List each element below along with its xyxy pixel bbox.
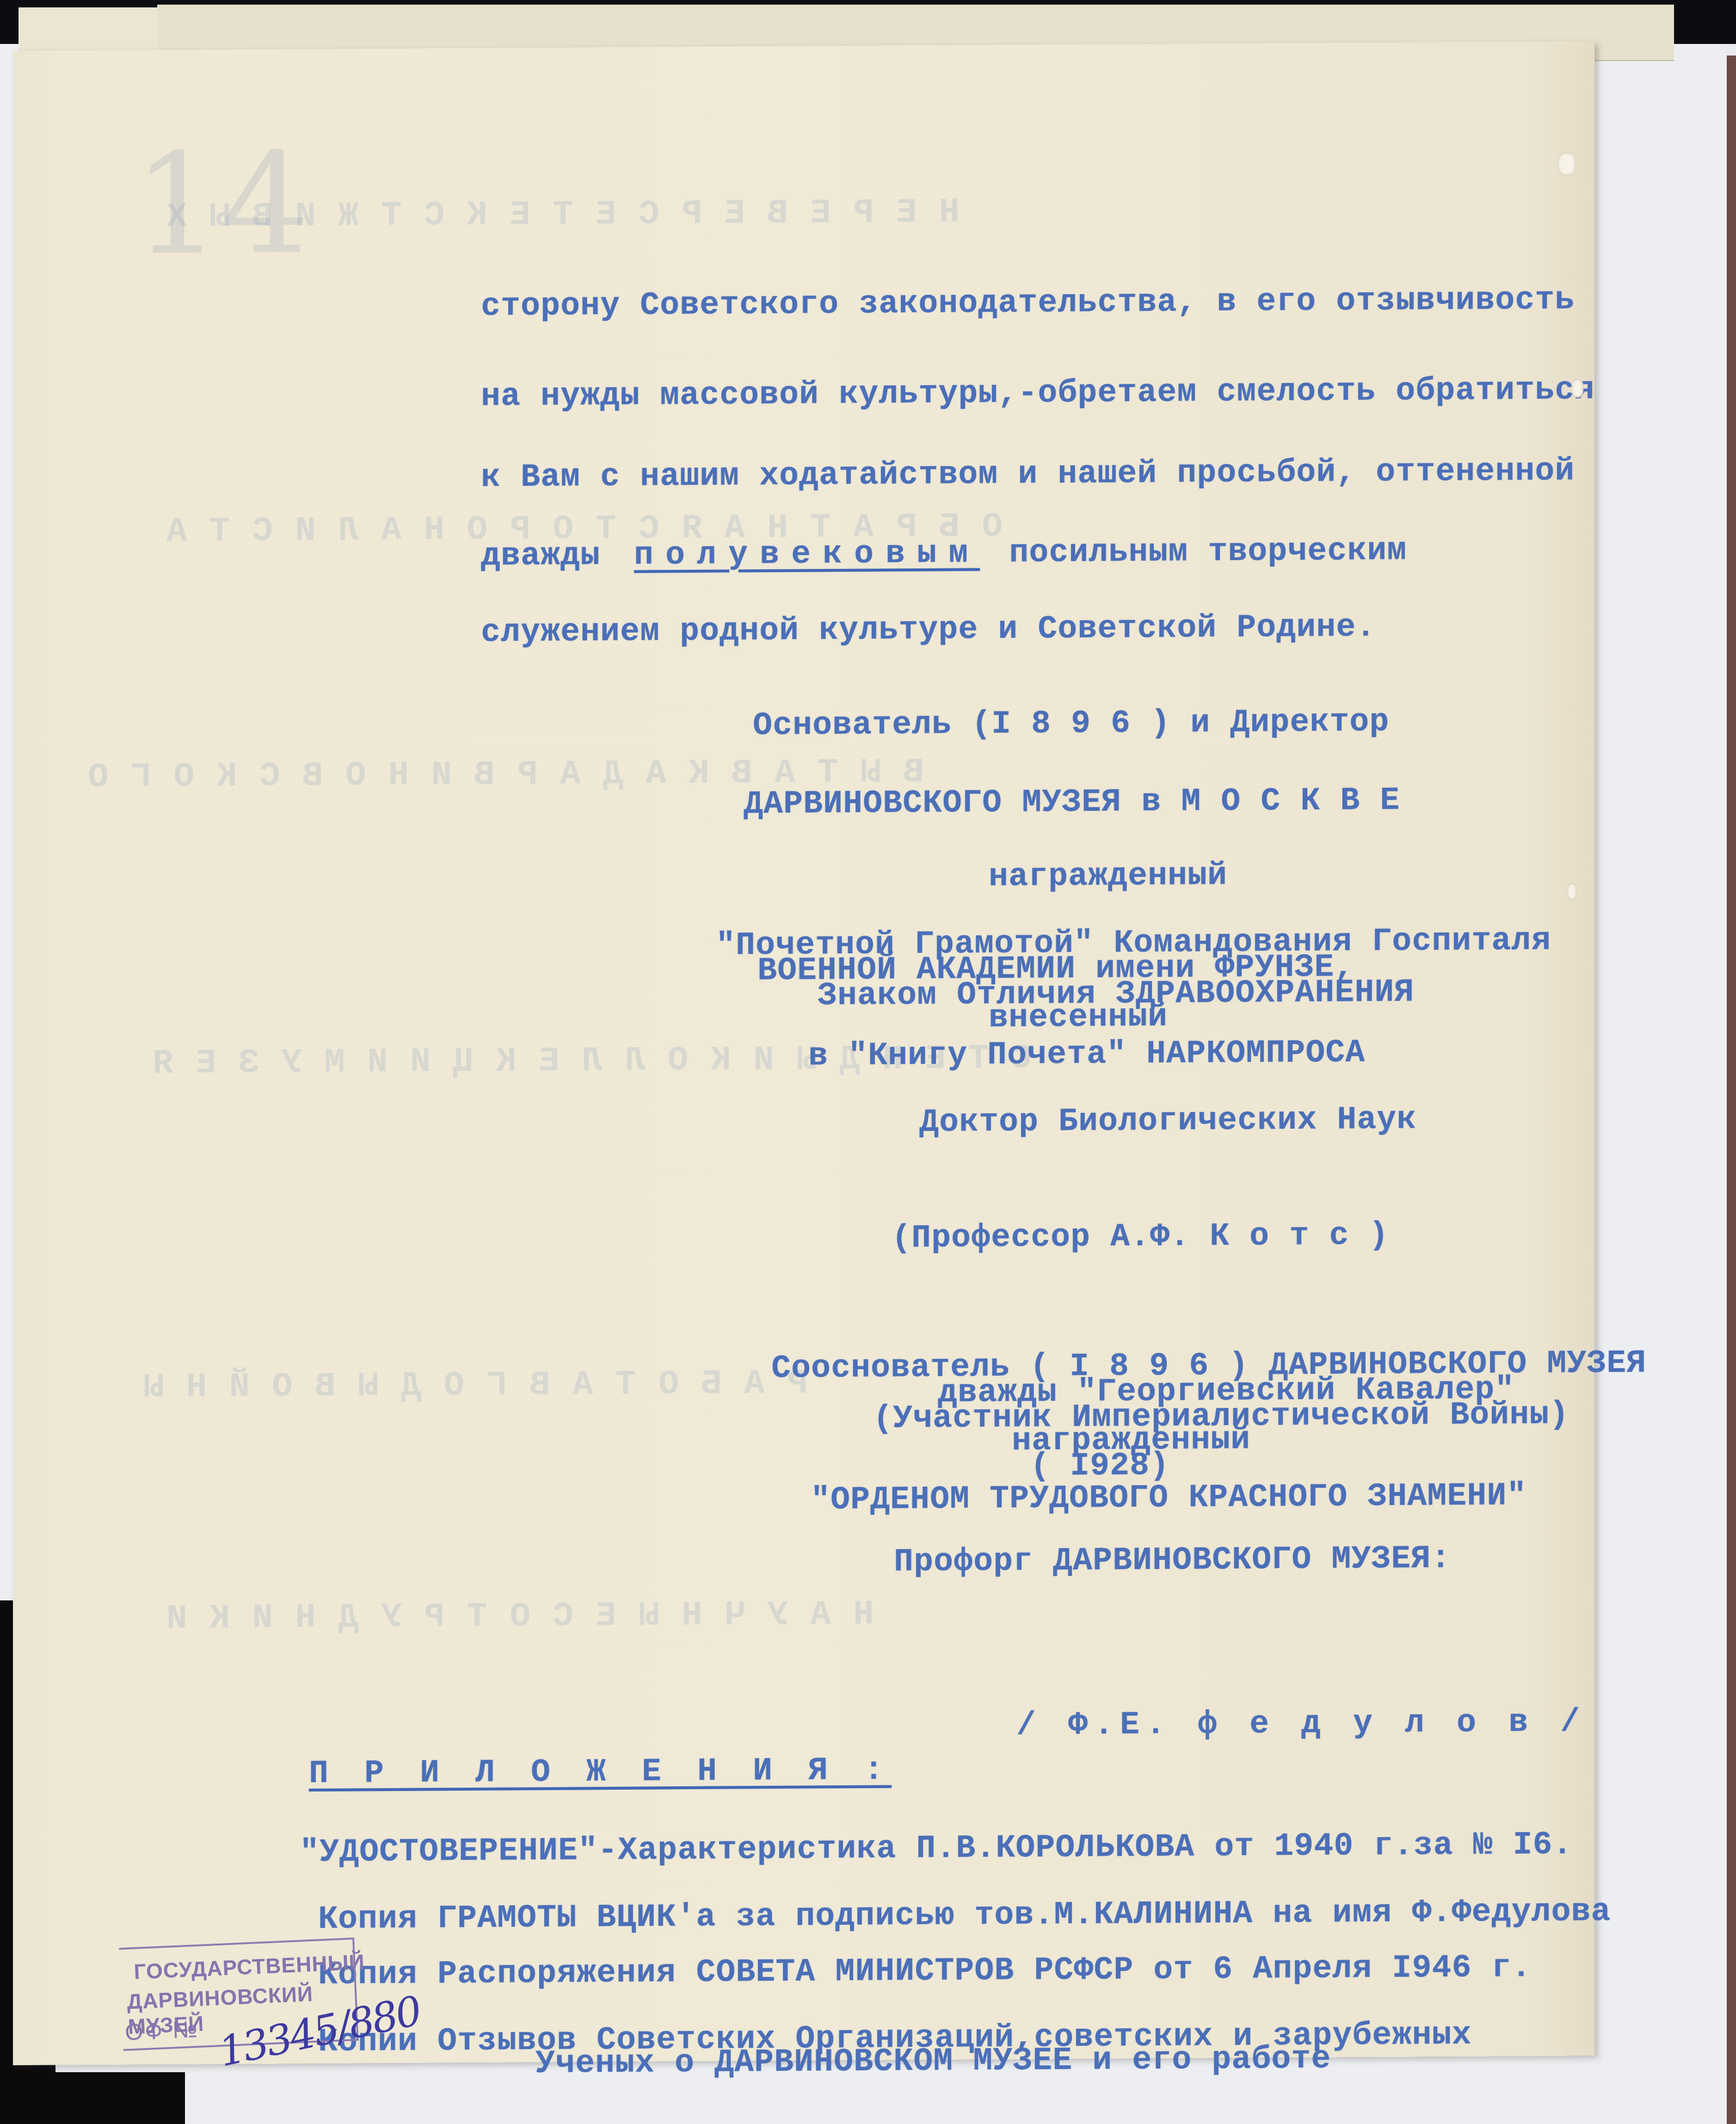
body-word-twice: дважды [481, 537, 600, 575]
sig2-line-name-fedulov: / Ф.Е. ф е д у л о в / [1016, 1704, 1586, 1744]
body-line-5: служением родной культуре и Советской Ро… [481, 609, 1376, 651]
sig1-line-awarded: награжденный [989, 858, 1227, 895]
stamp-line-state: ГОСУДАРСТВЕННЫЙ [133, 1949, 365, 1984]
sig1-line-entered: внесенный [989, 999, 1168, 1037]
pencil-page-number: 14 [133, 123, 310, 285]
body-line-4: дважды полувековым посильным творческим [481, 533, 1407, 575]
paper-tear [1557, 152, 1576, 175]
sig2-line-proforg: Профорг ДАРВИНОВСКОГО МУЗЕЯ: [894, 1541, 1451, 1581]
bleed-through-text: Р А Б О Т А В Г О Д Ы В О Й Н Ы [142, 1365, 808, 1408]
body-line-1: сторону Советского законодательства, в е… [481, 282, 1575, 325]
bleed-through-text: Н А У Ч Н Ы Е С О Т Р У Д Н И К И [166, 1595, 874, 1638]
sig1-line-name-kots: (Профессор А.Ф. К о т с ) [892, 1217, 1389, 1257]
attachment-item-certificate: "УДОСТОВЕРЕНИЕ"-Характеристика П.В.КОРОЛ… [300, 1827, 1572, 1871]
document-page: Н Е Р Е В Е Р С Е Т Е К С Т Ж И В Ы Х О … [13, 41, 1594, 2065]
sig1-line-doctor: Доктор Биологических Наук [919, 1101, 1416, 1141]
scanner-background-right-edge [1727, 56, 1736, 2124]
attachment-item-council-order: Копия Распоряжения СОВЕТА МИНИСТРОВ РСФС… [318, 1950, 1531, 1994]
sig1-line-honor-book: в "Книгу Почета" НАРКОМПРОСА [808, 1035, 1365, 1074]
sig2-line-year-1928: ( I928) [1030, 1448, 1170, 1485]
body-line-3: к Вам с нашим ходатайством и нашей прось… [481, 453, 1575, 496]
paper-tear [1571, 379, 1583, 397]
attachments-heading: П Р И Л О Ж Е Н И Я : [309, 1752, 892, 1792]
attachment-item-vtsik-diploma: Копия ГРАМОТЫ ВЦИК'а за подписью тов.М.К… [318, 1894, 1611, 1938]
sig1-line-museum: ДАРВИНОВСКОГО МУЗЕЯ в М О С К В Е [744, 783, 1400, 823]
attachment-item-reviews-cont: Ученых о ДАРВИНОВСКОМ МУЗЕЕ и его работе [536, 2041, 1331, 2083]
body-line-4-tail: посильным творческим [1009, 533, 1407, 572]
scanner-background-bottom [0, 2072, 185, 2124]
sig1-line-founder: Основатель (I 8 9 6 ) и Директор [753, 704, 1389, 744]
emphasized-half-century: полувековым [634, 535, 980, 574]
stamp-line-of-number: ОФ № [124, 2016, 200, 2046]
body-line-2: на нужды массовой культуры,-обретаем сме… [481, 372, 1594, 415]
paper-tear [1567, 883, 1577, 900]
sig2-line-order: "ОРДЕНОМ ТРУДОВОГО КРАСНОГО ЗНАМЕНИ" [811, 1478, 1527, 1519]
